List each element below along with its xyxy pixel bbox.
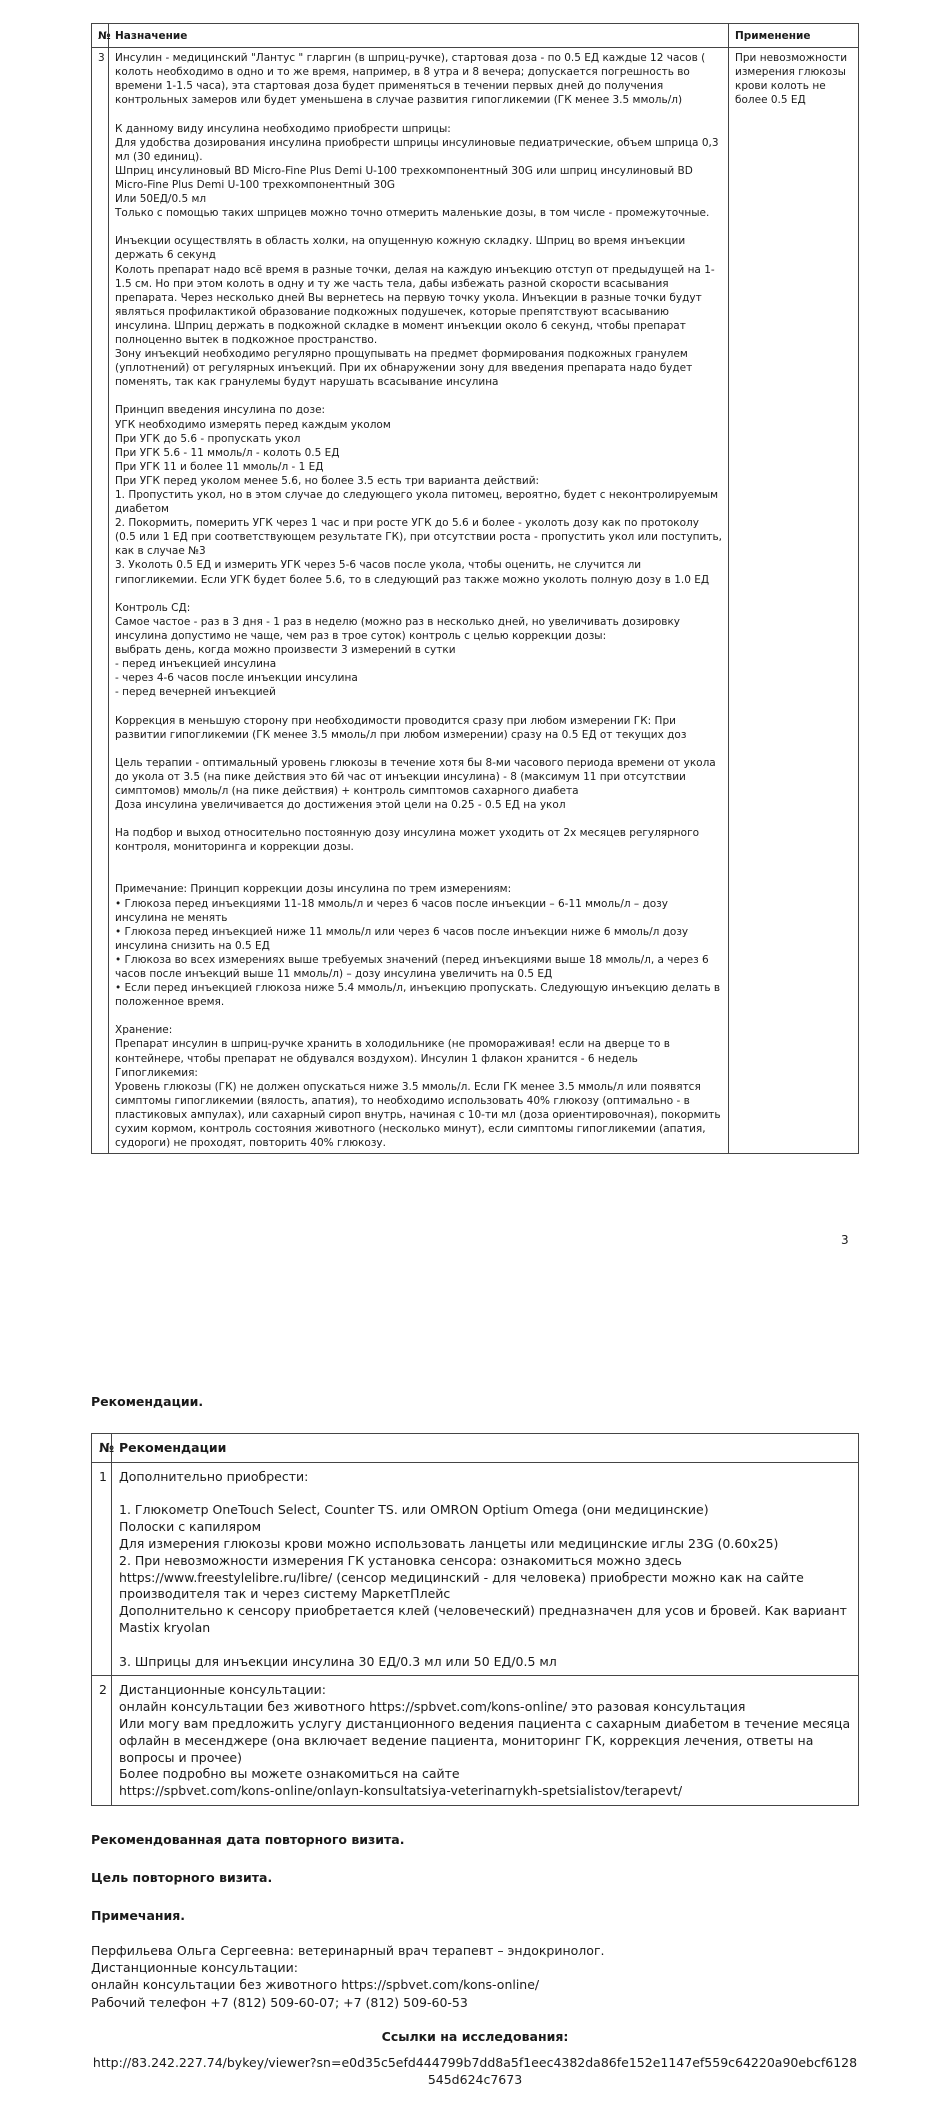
recommendations-table: № Рекомендации 1 Дополнительно приобрест… [91,1433,859,1806]
doctor-signature: Перфильева Ольга Сергеевна: ветеринарный… [91,1942,604,2011]
purpose-paragraph: Хранение: Препарат инсулин в шприц-ручке… [115,1023,722,1150]
purpose-paragraph: Контроль СД: Самое частое - раз в 3 дня … [115,601,722,700]
row-num: 3 [92,48,109,1154]
purpose-paragraph: Принцип введения инсулина по дозе: УГК н… [115,403,722,586]
recommendation-paragraph: 3. Шприцы для инъекции инсулина 30 ЕД/0.… [119,1654,851,1671]
header-num: № [92,24,109,48]
purpose-paragraph: Коррекция в меньшую сторону при необходи… [115,714,722,742]
row-num: 1 [92,1462,112,1676]
row-num: 2 [92,1676,112,1806]
header-application: Применение [729,24,859,48]
recommendations-table-header: № Рекомендации [92,1434,859,1463]
recommendation-cell: Дополнительно приобрести: 1. Глюкометр O… [112,1462,859,1676]
table-row: 2 Дистанционные консультации: онлайн кон… [92,1676,859,1806]
recommendation-paragraph: 1. Глюкометр OneTouch Select, Counter TS… [119,1502,851,1636]
purpose-paragraph: Цель терапии - оптимальный уровень глюко… [115,756,722,812]
recommendation-cell: Дистанционные консультации: онлайн консу… [112,1676,859,1806]
purpose-paragraph: На подбор и выход относительно постоянну… [115,826,722,854]
page-number: 3 [841,1233,849,1247]
purpose-cell: Инсулин - медицинский "Лантус " гларгин … [109,48,729,1154]
research-link[interactable]: http://83.242.227.74/bykey/viewer?sn=e0d… [91,2054,859,2088]
revisit-date-title: Рекомендованная дата повторного визита. [91,1832,404,1847]
application-cell: При невозможности измерения глюкозы кров… [729,48,859,1154]
prescription-table: № Назначение Применение 3 Инсулин - меди… [91,23,859,1154]
purpose-paragraph: Инъекции осуществлять в область холки, н… [115,234,722,389]
header-purpose: Назначение [109,24,729,48]
purpose-paragraph: Инсулин - медицинский "Лантус " гларгин … [115,51,722,107]
recommendation-paragraph: Дистанционные консультации: онлайн консу… [119,1682,851,1800]
header-recommendations: Рекомендации [112,1434,859,1463]
recommendations-title: Рекомендации. [91,1394,203,1409]
purpose-paragraph: Примечание: Принцип коррекции дозы инсул… [115,882,722,1009]
purpose-paragraph: К данному виду инсулина необходимо приоб… [115,122,722,221]
research-links-title: Ссылки на исследования: [0,2029,950,2044]
notes-title: Примечания. [91,1908,185,1923]
header-num: № [92,1434,112,1463]
table-row: 3 Инсулин - медицинский "Лантус " гларги… [92,48,859,1154]
recommendation-paragraph: Дополнительно приобрести: [119,1469,851,1486]
table-row: 1 Дополнительно приобрести: 1. Глюкометр… [92,1462,859,1676]
revisit-goal-title: Цель повторного визита. [91,1870,272,1885]
prescription-table-header: № Назначение Применение [92,24,859,48]
